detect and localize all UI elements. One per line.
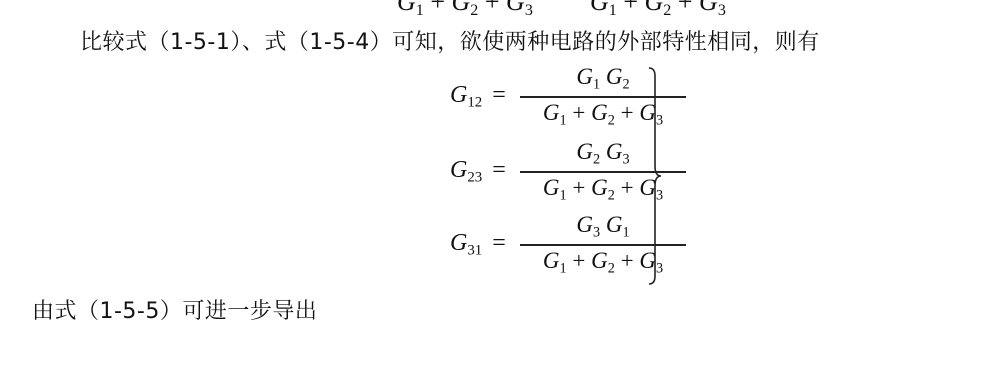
- cropped-denominator-2: G1 + G2 + G3: [590, 0, 726, 20]
- right-brace-icon: [646, 66, 666, 286]
- paragraph-compare: 比较式（1-5-1）、式（1-5-4）可知，欲使两种电路的外部特性相同，则有: [80, 25, 820, 56]
- lhs-g12: G12 =: [450, 82, 520, 111]
- paragraph-derive: 由式（1-5-5）可进一步导出: [32, 294, 317, 325]
- lhs-g31: G31 =: [450, 230, 520, 259]
- cropped-denominator-1: G1 + G2 + G3: [397, 0, 533, 20]
- numerator: G1 G2: [576, 64, 629, 96]
- numerator: G3 G1: [576, 212, 629, 244]
- numerator: G2 G3: [576, 139, 629, 171]
- cropped-previous-equation: G1 + G2 + G3 G1 + G2 + G3: [0, 0, 998, 7]
- lhs-g23: G23 =: [450, 157, 520, 186]
